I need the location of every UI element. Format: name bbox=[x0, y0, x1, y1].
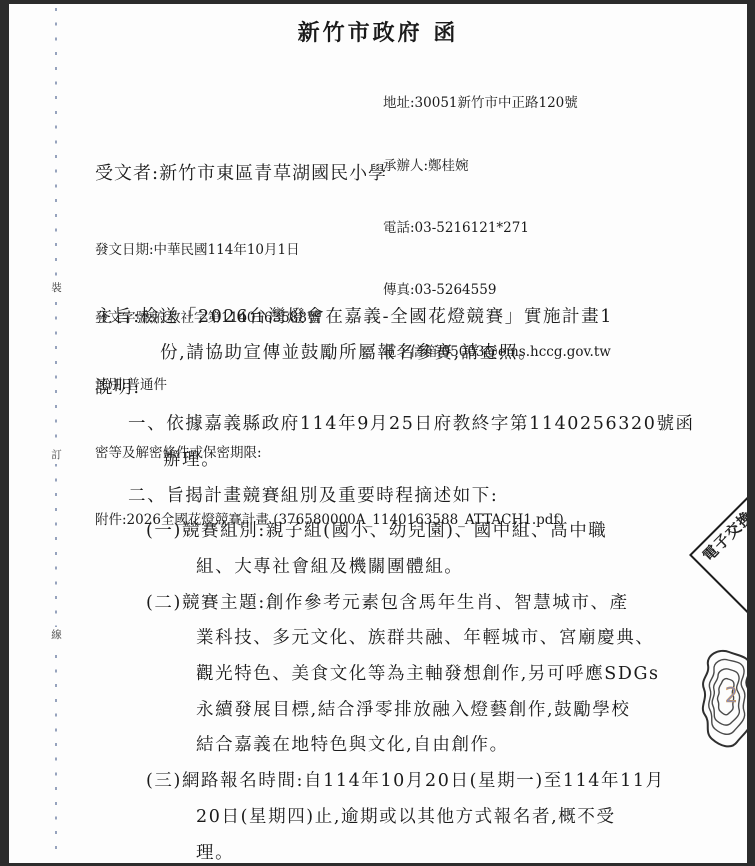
body-line-subitem-2-cont-4: 結合嘉義在地特色與文化,自由創作。 bbox=[9, 728, 747, 764]
contact-officer: 承辦人:鄭桂婉 bbox=[383, 156, 611, 177]
body-line-subitem-3-cont-1: 20日(星期四)止,逾期或以其他方式報名者,概不受 bbox=[9, 800, 747, 836]
contact-address: 地址:30051新竹市中正路120號 bbox=[383, 93, 611, 114]
stamp-text-line2: 文件 bbox=[737, 545, 747, 603]
body-line-item-1: 一、依據嘉義縣政府114年9月25日府教終字第1140256320號函 bbox=[9, 407, 747, 443]
body-line-subject: 主旨:檢送「2026台灣燈會在嘉義-全國花燈競賽」實施計畫1 bbox=[9, 300, 747, 336]
body-line-item-1-cont: 辦理。 bbox=[9, 443, 747, 479]
body-line-explanation-header: 說明: bbox=[9, 371, 747, 407]
body-line-subitem-3: (三)網路報名時間:自114年10月20日(星期一)至114年11月 bbox=[9, 764, 747, 800]
binding-mark-ding: 訂 bbox=[49, 447, 64, 464]
binding-mark-zhuang: 裝 bbox=[49, 280, 64, 297]
document-body: 主旨:檢送「2026台灣燈會在嘉義-全國花燈競賽」實施計畫1 份,請協助宣傳並鼓… bbox=[9, 300, 747, 863]
document-page: 新竹市政府 函 地址:30051新竹市中正路120號 承辦人:鄭桂婉 電話:03… bbox=[9, 4, 747, 863]
seal-number-glyph: 2 bbox=[725, 683, 738, 707]
screenshot-root: { "doc": { "title": "新竹市政府 函", "contact_… bbox=[0, 0, 755, 866]
body-line-subitem-3-cont-2: 理。 bbox=[9, 836, 747, 863]
body-line-subitem-1: (一)競賽組別:親子組(國小、幼兒園)、國中組、高中職 bbox=[9, 514, 747, 550]
meta-issue-date: 發文日期:中華民國114年10月1日 bbox=[95, 239, 564, 262]
stamp-text-line1: 電子交換 bbox=[699, 507, 747, 565]
body-line-item-2: 二、旨揭計畫競賽組別及重要時程摘述如下: bbox=[9, 479, 747, 515]
document-title: 新竹市政府 函 bbox=[9, 16, 747, 47]
body-line-subitem-1-cont: 組、大專社會組及機關團體組。 bbox=[9, 550, 747, 586]
binding-dotted-line bbox=[55, 8, 57, 856]
body-line-subitem-2: (二)競賽主題:創作參考元素包含馬年生肖、智慧城市、產 bbox=[9, 586, 747, 622]
wavy-seal-stamp: 2 bbox=[699, 649, 747, 751]
body-line-subject-cont: 份,請協助宣傳並鼓勵所屬報名參賽,請查照。 bbox=[9, 336, 747, 372]
body-line-subitem-2-cont-1: 業科技、多元文化、族群共融、年輕城市、宮廟慶典、 bbox=[9, 621, 747, 657]
binding-mark-xian: 線 bbox=[49, 627, 64, 644]
body-line-subitem-2-cont-2: 觀光特色、美食文化等為主軸發想創作,另可呼應SDGs bbox=[9, 657, 747, 693]
body-line-subitem-2-cont-3: 永續發展目標,結合淨零排放融入燈藝創作,鼓勵學校 bbox=[9, 693, 747, 729]
recipient-line: 受文者:新竹市東區青草湖國民小學 bbox=[95, 159, 387, 185]
